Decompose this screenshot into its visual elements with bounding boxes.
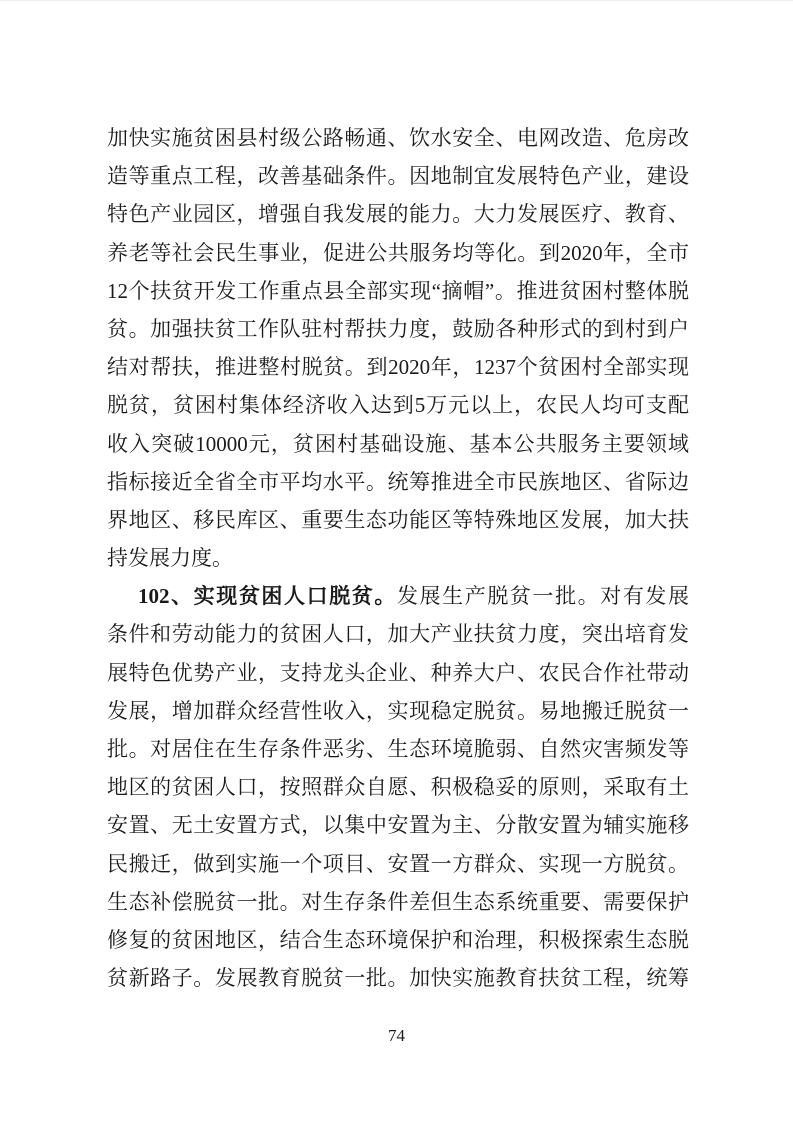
text-line: 地区的贫困人口，按照群众自愿、积极稳妥的原则，采取有土	[107, 768, 689, 806]
text-run: 批。对居住在生存条件恶劣、生态环境脆弱、自然灾害频发等	[107, 737, 689, 761]
paragraph: 102、实现贫困人口脱贫。发展生产脱贫一批。对有发展条件和劳动能力的贫困人口，加…	[107, 577, 689, 997]
text-line: 造等重点工程，改善基础条件。因地制宜发展特色产业，建设	[107, 157, 689, 195]
text-run: 条件和劳动能力的贫困人口，加大产业扶贫力度，突出培育发	[107, 622, 689, 646]
text-line: 脱贫，贫困村集体经济收入达到5万元以上，农民人均可支配	[107, 386, 689, 424]
text-line: 102、实现贫困人口脱贫。发展生产脱贫一批。对有发展	[107, 577, 689, 615]
text-line: 界地区、移民库区、重要生态功能区等特殊地区发展，加大扶	[107, 501, 689, 539]
text-line: 指标接近全省全市平均水平。统筹推进全市民族地区、省际边	[107, 463, 689, 501]
text-line: 条件和劳动能力的贫困人口，加大产业扶贫力度，突出培育发	[107, 615, 689, 653]
text-run: 展特色优势产业，支持龙头企业、种养大户、农民合作社带动	[107, 661, 689, 685]
bold-text-run: 102、实现贫困人口脱贫。	[138, 584, 397, 608]
text-run: 持发展力度。	[107, 546, 233, 570]
text-block: 加快实施贫困县村级公路畅通、饮水安全、电网改造、危房改造等重点工程，改善基础条件…	[107, 119, 689, 997]
text-run: 安置、无土安置方式，以集中安置为主、分散安置为辅实施移	[107, 813, 689, 837]
text-run: 造等重点工程，改善基础条件。因地制宜发展特色产业，建设	[107, 164, 689, 188]
text-line: 发展，增加群众经营性收入，实现稳定脱贫。易地搬迁脱贫一	[107, 692, 689, 730]
text-line: 批。对居住在生存条件恶劣、生态环境脆弱、自然灾害频发等	[107, 730, 689, 768]
text-line: 收入突破10000元，贫困村基础设施、基本公共服务主要领域	[107, 425, 689, 463]
text-line: 加快实施贫困县村级公路畅通、饮水安全、电网改造、危房改	[107, 119, 689, 157]
text-run: 加快实施贫困县村级公路畅通、饮水安全、电网改造、危房改	[107, 126, 689, 150]
text-line: 修复的贫困地区，结合生态环境保护和治理，积极探索生态脱	[107, 921, 689, 959]
text-run: 贫新路子。发展教育脱贫一批。加快实施教育扶贫工程，统筹	[107, 966, 689, 990]
text-run: 收入突破10000元，贫困村基础设施、基本公共服务主要领域	[107, 432, 689, 456]
text-run: 民搬迁，做到实施一个项目、安置一方群众、实现一方脱贫。	[107, 852, 689, 876]
document-page: 加快实施贫困县村级公路畅通、饮水安全、电网改造、危房改造等重点工程，改善基础条件…	[0, 0, 793, 1122]
text-line: 生态补偿脱贫一批。对生存条件差但生态系统重要、需要保护	[107, 883, 689, 921]
text-line: 展特色优势产业，支持龙头企业、种养大户、农民合作社带动	[107, 654, 689, 692]
text-run: 地区的贫困人口，按照群众自愿、积极稳妥的原则，采取有土	[107, 775, 689, 799]
text-run: 贫。加强扶贫工作队驻村帮扶力度，鼓励各种形式的到村到户	[107, 317, 689, 341]
text-run: 界地区、移民库区、重要生态功能区等特殊地区发展，加大扶	[107, 508, 689, 532]
text-run: 发展生产脱贫一批。对有发展	[397, 584, 689, 608]
text-line: 民搬迁，做到实施一个项目、安置一方群众、实现一方脱贫。	[107, 845, 689, 883]
text-line: 安置、无土安置方式，以集中安置为主、分散安置为辅实施移	[107, 806, 689, 844]
text-line: 结对帮扶，推进整村脱贫。到2020年，1237个贫困村全部实现	[107, 348, 689, 386]
text-run: 结对帮扶，推进整村脱贫。到2020年，1237个贫困村全部实现	[107, 355, 689, 379]
text-run: 养老等社会民生事业，促进公共服务均等化。到2020年，全市	[107, 241, 689, 265]
text-run: 修复的贫困地区，结合生态环境保护和治理，积极探索生态脱	[107, 928, 689, 952]
text-run: 特色产业园区，增强自我发展的能力。大力发展医疗、教育、	[107, 202, 689, 226]
text-run: 指标接近全省全市平均水平。统筹推进全市民族地区、省际边	[107, 470, 689, 494]
text-line: 养老等社会民生事业，促进公共服务均等化。到2020年，全市	[107, 234, 689, 272]
text-line: 特色产业园区，增强自我发展的能力。大力发展医疗、教育、	[107, 195, 689, 233]
page-number: 74	[0, 1025, 793, 1047]
text-line: 持发展力度。	[107, 539, 689, 577]
text-run: 生态补偿脱贫一批。对生存条件差但生态系统重要、需要保护	[107, 890, 689, 914]
text-line: 贫新路子。发展教育脱贫一批。加快实施教育扶贫工程，统筹	[107, 959, 689, 997]
paragraph: 加快实施贫困县村级公路畅通、饮水安全、电网改造、危房改造等重点工程，改善基础条件…	[107, 119, 689, 577]
text-line: 贫。加强扶贫工作队驻村帮扶力度，鼓励各种形式的到村到户	[107, 310, 689, 348]
text-run: 12个扶贫开发工作重点县全部实现“摘帽”。推进贫困村整体脱	[107, 279, 689, 303]
text-run: 发展，增加群众经营性收入，实现稳定脱贫。易地搬迁脱贫一	[107, 699, 689, 723]
text-run: 脱贫，贫困村集体经济收入达到5万元以上，农民人均可支配	[107, 393, 689, 417]
text-line: 12个扶贫开发工作重点县全部实现“摘帽”。推进贫困村整体脱	[107, 272, 689, 310]
